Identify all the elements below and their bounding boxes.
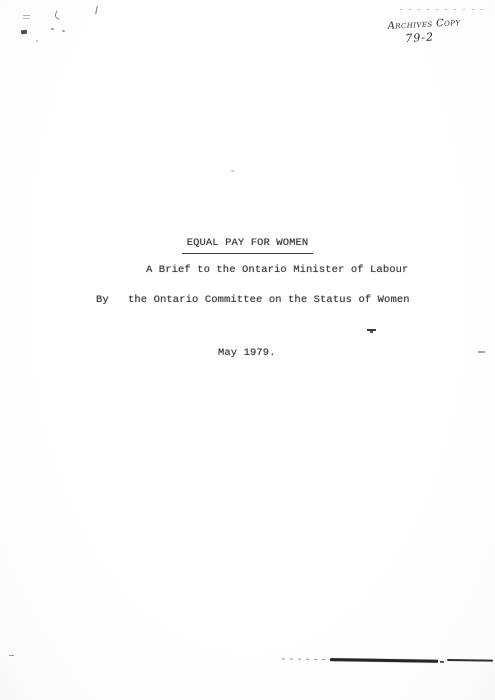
speck-1: [51, 28, 54, 30]
subtitle-line-1: A Brief to the Ontario Minister of Labou…: [146, 264, 408, 277]
title-row: EQUAL PAY FOR WOMEN: [0, 232, 495, 254]
document-title: EQUAL PAY FOR WOMEN: [182, 237, 314, 254]
pencil-slash: [95, 6, 98, 14]
photocopy-streak: [282, 655, 494, 666]
ink-smudge: [21, 30, 27, 35]
scanned-document-page: Archives Copy 79-2 EQUAL PAY FOR WOMEN A…: [0, 0, 495, 700]
subtitle-line-2: By the Ontario Committee on the Status o…: [96, 294, 410, 307]
scan-dots: [400, 9, 488, 10]
streak-faint-dashes: [282, 658, 330, 660]
bottom-left-dash: [9, 655, 14, 656]
streak-gap-dot: [440, 661, 444, 663]
streak-end-segment: [447, 659, 493, 662]
streak-main-segment: [330, 658, 438, 662]
speck-2: [62, 30, 65, 32]
edge-dash-mark: [478, 351, 485, 353]
speck-mid: [231, 170, 234, 172]
ink-tick-dot: [370, 331, 373, 333]
pencil-equals: [23, 15, 30, 16]
handwritten-annotation: Archives Copy 79-2: [387, 17, 461, 46]
archive-number-note: 79-2: [388, 29, 461, 46]
pencil-squiggle: [54, 10, 62, 19]
date-line: May 1979.: [218, 347, 276, 360]
speck-3: [36, 40, 38, 42]
